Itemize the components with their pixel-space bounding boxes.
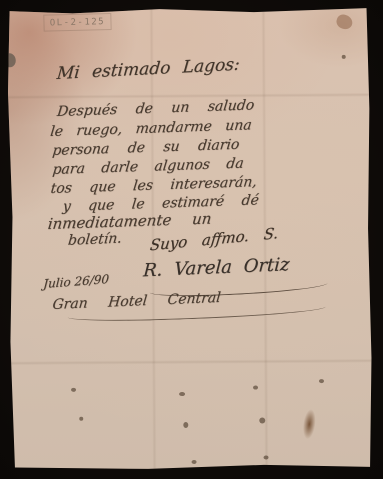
salutation: Mi estimado Lagos: xyxy=(56,55,241,84)
foxing-speck xyxy=(79,417,83,421)
body-line: boletín. xyxy=(67,231,122,249)
foxing-speck xyxy=(342,55,346,59)
foxing-speck xyxy=(264,455,269,459)
stain-bottom-right xyxy=(301,409,317,440)
foxing-speck xyxy=(253,386,258,390)
scan-background: OL-2-125 Mi estimado Lagos: Después de u… xyxy=(0,0,383,479)
stain-left-edge xyxy=(4,53,16,67)
foxing-speck xyxy=(179,392,185,396)
archival-label: OL-2-125 xyxy=(43,13,111,32)
body-line: Después de un saludo xyxy=(56,97,255,120)
foxing-speck xyxy=(71,388,76,392)
foxing-speck xyxy=(183,422,188,428)
stain-top-right xyxy=(335,13,355,32)
foxing-speck xyxy=(259,417,265,423)
fold-line-horizontal-top xyxy=(8,93,370,100)
fold-line-horizontal-bottom xyxy=(10,359,372,366)
date-line: Julio 26/90 xyxy=(43,272,110,291)
foxing-speck xyxy=(319,379,324,383)
foxing-speck xyxy=(192,460,197,464)
letter-paper: OL-2-125 Mi estimado Lagos: Después de u… xyxy=(7,7,372,472)
